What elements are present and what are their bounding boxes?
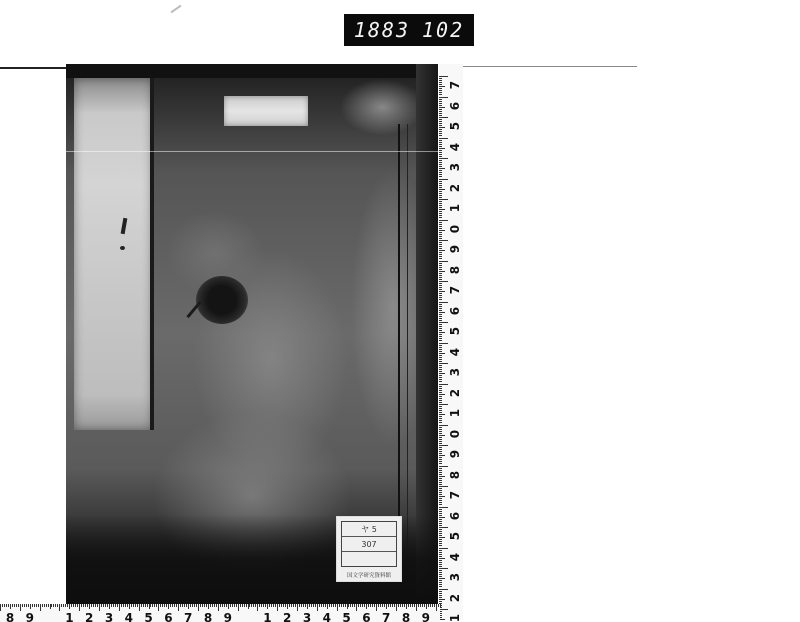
ruler-tick [439,461,442,462]
ruler-number: 1 [448,611,462,622]
ruler-tick [439,152,442,153]
ruler-tick [337,604,338,611]
ruler-tick [38,604,39,607]
ruler-tick [65,604,66,607]
ruler-tick [246,604,247,607]
ruler-tick [125,604,126,607]
ruler-tick [439,550,442,551]
ruler-tick [154,604,155,607]
ruler-tick [439,285,442,286]
ruler-tick [439,92,442,93]
ruler-tick [439,187,442,188]
ruler-tick [439,256,442,257]
ruler-tick [226,604,227,607]
ruler-tick [55,604,56,607]
ruler-tick [439,302,448,303]
ruler-tick [439,365,442,366]
ruler-tick [313,604,314,607]
ruler-tick [190,604,191,607]
ruler-tick [430,604,431,607]
ruler-number: 6 [162,611,174,622]
ruler-tick [253,604,254,607]
ruler-tick [439,539,442,540]
ruler-tick [439,107,445,108]
ruler-tick [439,504,442,505]
ruler-tick [188,604,189,609]
ruler-tick [439,258,442,259]
ruler-tick [439,351,442,352]
ruler-tick [439,273,442,274]
ruler-tick [439,412,442,413]
ruler-tick [255,604,256,607]
ruler-tick [180,604,181,607]
book-cover: ヤ 5 307 国文学研究資料館 [66,64,438,604]
ruler-tick [196,604,197,607]
ruler-tick [439,306,442,307]
ruler-number: 8 [448,263,462,277]
ruler-tick [210,604,211,607]
ruler-tick [59,604,60,611]
ruler-tick [121,604,122,607]
cover-top-edge [66,64,438,78]
ruler-tick [370,604,371,607]
ruler-tick [439,181,442,182]
ruler-tick [164,604,165,607]
ruler-tick [439,82,442,83]
ruler-tick [24,604,25,607]
ruler-tick [350,604,351,607]
ruler-tick [392,604,393,607]
ruler-number: 8 [4,611,16,622]
ruler-tick [439,142,442,143]
ruler-tick [439,201,442,202]
ruler-tick [366,604,367,609]
ruler-tick [75,604,76,607]
ruler-tick [439,355,442,356]
ruler-tick [439,523,442,524]
ruler-tick [93,604,94,607]
ruler-tick [208,604,209,609]
ruler-number: 9 [222,611,234,622]
ruler-tick [439,470,442,471]
call-label-grid: ヤ 5 307 [341,521,397,567]
ruler-tick [439,135,442,136]
ruler-tick [293,604,294,607]
ruler-tick [439,474,442,475]
ruler-tick [439,359,442,360]
ruler-tick [26,604,27,607]
ruler-tick [439,451,442,452]
ruler-tick [440,604,441,607]
ruler-tick [168,604,169,609]
ruler-tick [18,604,19,607]
ruler-tick [439,340,442,341]
ruler-tick [291,604,292,607]
ruler-tick [331,604,332,607]
ruler-tick [439,533,442,534]
top-paper-label [224,96,308,126]
ruler-tick [439,584,442,585]
ruler-tick [44,604,45,607]
ruler-number: 5 [143,611,155,622]
spine-crease [398,124,400,564]
ruler-tick [439,174,442,175]
ruler-tick [129,604,130,609]
ruler-tick [439,597,442,598]
ruler-tick [439,384,448,385]
ruler-tick [382,604,383,607]
ruler-tick [439,529,442,530]
ruler-tick [439,586,442,587]
ruler-tick [439,398,442,399]
ruler-tick [439,88,442,89]
horizontal-scale-ruler: 89123456789123456789 [0,604,440,622]
ruler-tick [368,604,369,607]
alignment-line-right [462,66,637,67]
ruler-tick [105,604,106,607]
ruler-tick [150,604,151,607]
ruler-number: 8 [202,611,214,622]
ruler-tick [10,604,11,609]
ruler-tick [234,604,235,607]
ruler-tick [95,604,96,607]
ruler-tick [439,609,448,610]
ruler-tick [439,129,442,130]
ruler-tick [439,570,442,571]
ruler-tick [439,144,442,145]
ruler-tick [439,425,448,426]
ruler-tick [439,502,442,503]
ruler-tick [439,543,442,544]
ruler-tick [439,338,442,339]
ruler-tick [439,234,442,235]
ruler-tick [439,386,442,387]
ruler-tick [439,113,442,114]
ruler-tick [0,604,1,611]
ruler-tick [69,604,70,609]
ruler-tick [439,480,442,481]
ruler-tick [439,377,442,378]
ruler-tick [439,240,448,241]
ruler-tick [376,604,377,611]
ruler-tick [162,604,163,607]
ruler-tick [277,604,278,611]
ruler-tick [439,560,442,561]
call-label-line3 [342,552,396,566]
ruler-tick [48,604,49,607]
ruler-tick [416,604,417,611]
ruler-tick [8,604,9,607]
ruler-tick [20,604,21,611]
ruler-tick [402,604,403,607]
ruler-tick [438,604,439,607]
ruler-tick [439,457,442,458]
ruler-tick [439,343,448,344]
ruler-tick [422,604,423,607]
ruler-number: 0 [448,222,462,236]
ruler-number: 1 [261,611,273,622]
ink-dot [120,246,125,250]
ruler-tick [439,422,442,423]
ruler-tick [439,369,442,370]
ruler-tick [439,119,442,120]
ruler-tick [178,604,179,611]
ruler-tick [439,568,448,569]
ruler-tick [439,164,442,165]
ruler-tick [287,604,288,609]
ruler-tick [439,105,442,106]
ruler-tick [439,97,448,98]
ruler-tick [439,472,442,473]
ruler-tick [439,162,442,163]
ruler-tick [439,261,448,262]
ruler-tick [439,435,445,436]
ruler-tick [439,437,442,438]
ruler-tick [99,604,100,611]
ruler-tick [295,604,296,607]
ruler-tick [412,604,413,607]
ruler-tick [439,156,442,157]
ruler-tick [439,545,442,546]
ruler-tick [42,604,43,607]
ruler-tick [123,604,124,607]
ruler-tick [301,604,302,607]
ruler-tick [303,604,304,607]
ruler-tick [439,213,442,214]
ruler-tick [36,604,37,607]
ruler-tick [439,193,442,194]
ruler-tick [198,604,199,611]
ruler-tick [439,427,442,428]
ruler-tick [439,170,442,171]
ruler-tick [439,361,442,362]
ruler-tick [439,154,442,155]
ruler-tick [439,443,442,444]
ruler-tick [439,433,442,434]
ruler-tick [439,304,442,305]
ruler-tick [439,324,442,325]
ruler-tick [439,513,442,514]
ruler-tick [439,191,442,192]
ruler-number: 5 [448,324,462,338]
ruler-number: 7 [182,611,194,622]
ruler-tick [297,604,298,611]
ruler-tick [192,604,193,607]
ruler-tick [439,80,442,81]
ruler-tick [16,604,17,607]
ruler-number: 3 [301,611,313,622]
ruler-number: 9 [448,242,462,256]
ruler-tick [374,604,375,607]
ruler-tick [135,604,136,607]
ruler-number: 7 [448,488,462,502]
ruler-tick [145,604,146,607]
ruler-tick [28,604,29,607]
ruler-tick [439,394,445,395]
ruler-tick [439,330,442,331]
ruler-tick [439,203,442,204]
ruler-number: 5 [448,529,462,543]
ruler-tick [87,604,88,607]
ruler-number: 1 [448,201,462,215]
ruler-tick [263,604,264,607]
ruler-number: 7 [380,611,392,622]
ruler-tick [439,466,448,467]
ruler-tick [439,228,442,229]
ruler-tick [439,373,445,374]
ruler-tick [186,604,187,607]
ruler-tick [240,604,241,607]
ruler-tick [439,226,442,227]
ruler-tick [372,604,373,607]
ruler-tick [439,554,442,555]
ruler-tick [439,463,442,464]
ruler-tick [202,604,203,607]
ruler-tick [325,604,326,607]
ruler-tick [439,441,442,442]
ruler-tick [335,604,336,607]
ruler-tick [176,604,177,607]
ruler-tick [439,414,445,415]
ruler-tick [97,604,98,607]
ruler-tick [273,604,274,607]
ruler-tick [2,604,3,607]
ruler-tick [143,604,144,607]
ruler-tick [439,267,442,268]
ruler-tick [428,604,429,607]
library-call-number-label: ヤ 5 307 国文学研究資料館 [336,516,402,582]
ruler-tick [439,84,442,85]
ruler-tick [426,604,427,609]
ruler-tick [384,604,385,607]
ruler-tick [224,604,225,607]
ruler-tick [439,494,442,495]
ruler-tick [119,604,120,611]
ruler-number: 6 [360,611,372,622]
ruler-tick [439,86,445,87]
ruler-tick [378,604,379,607]
ruler-tick [89,604,90,609]
ruler-tick [281,604,282,607]
ruler-tick [439,580,442,581]
ruler-tick [439,205,442,206]
ruler-tick [439,572,442,573]
ruler-tick [439,511,442,512]
ruler-tick [434,604,435,607]
ruler-tick [398,604,399,607]
ruler-tick [439,552,442,553]
ruler-tick [439,248,442,249]
ruler-tick [299,604,300,607]
ruler-number: 8 [448,468,462,482]
ruler-tick [265,604,266,607]
ruler-tick [404,604,405,607]
ruler-tick [439,519,442,520]
ruler-tick [439,507,448,508]
ruler-tick [77,604,78,607]
ruler-number: 4 [321,611,333,622]
ruler-tick [439,371,442,372]
ruler-tick [439,576,442,577]
ruler-tick [439,76,448,77]
ruler-tick [439,179,448,180]
ruler-number: 4 [123,611,135,622]
ruler-number: 2 [448,181,462,195]
ruler-tick [439,230,445,231]
ruler-tick [194,604,195,607]
ruler-tick [439,127,445,128]
ruler-tick [305,604,306,607]
ink-stain [196,276,248,324]
ruler-tick [117,604,118,607]
vertical-scale-ruler: 765432109876543210987654321 [439,64,463,620]
ruler-tick [439,295,442,296]
ruler-tick [53,604,54,607]
ruler-tick [85,604,86,607]
ruler-tick [439,117,448,118]
ruler-tick [158,604,159,611]
ruler-tick [360,604,361,607]
ruler-tick [149,604,150,609]
ruler-tick [439,490,442,491]
ruler-tick [61,604,62,607]
ruler-tick [439,265,442,266]
ruler-number: 6 [448,509,462,523]
ruler-tick [51,604,52,607]
ruler-tick [63,604,64,607]
ruler-tick [307,604,308,609]
ruler-tick [323,604,324,607]
ruler-tick [439,78,442,79]
ruler-tick [439,150,442,151]
ruler-tick [439,140,442,141]
ruler-tick [439,314,442,315]
ruler-tick [439,418,442,419]
ruler-tick [439,185,442,186]
ruler-tick [439,599,445,600]
ruler-tick [133,604,134,607]
ruler-tick [103,604,104,607]
ruler-tick [439,158,448,159]
ruler-tick [439,293,442,294]
ruler-tick [439,478,442,479]
ruler-tick [439,148,445,149]
ruler-tick [439,476,445,477]
ruler-tick [432,604,433,607]
ruler-tick [439,492,442,493]
ruler-tick [439,392,442,393]
ruler-tick [141,604,142,607]
ruler-tick [182,604,183,607]
ruler-number: 8 [400,611,412,622]
ruler-tick [439,111,442,112]
ruler-tick [439,297,442,298]
ruler-tick [131,604,132,607]
ruler-tick [22,604,23,607]
ruler-tick [439,381,442,382]
ruler-tick [222,604,223,607]
ruler-tick [439,509,442,510]
ruler-tick [439,525,442,526]
ruler-tick [439,166,442,167]
ruler-tick [439,279,442,280]
ruler-tick [166,604,167,607]
ruler-tick [343,604,344,607]
ruler-tick [439,220,448,221]
ruler-tick [439,103,442,104]
ruler-tick [439,349,442,350]
ruler-tick [251,604,252,607]
